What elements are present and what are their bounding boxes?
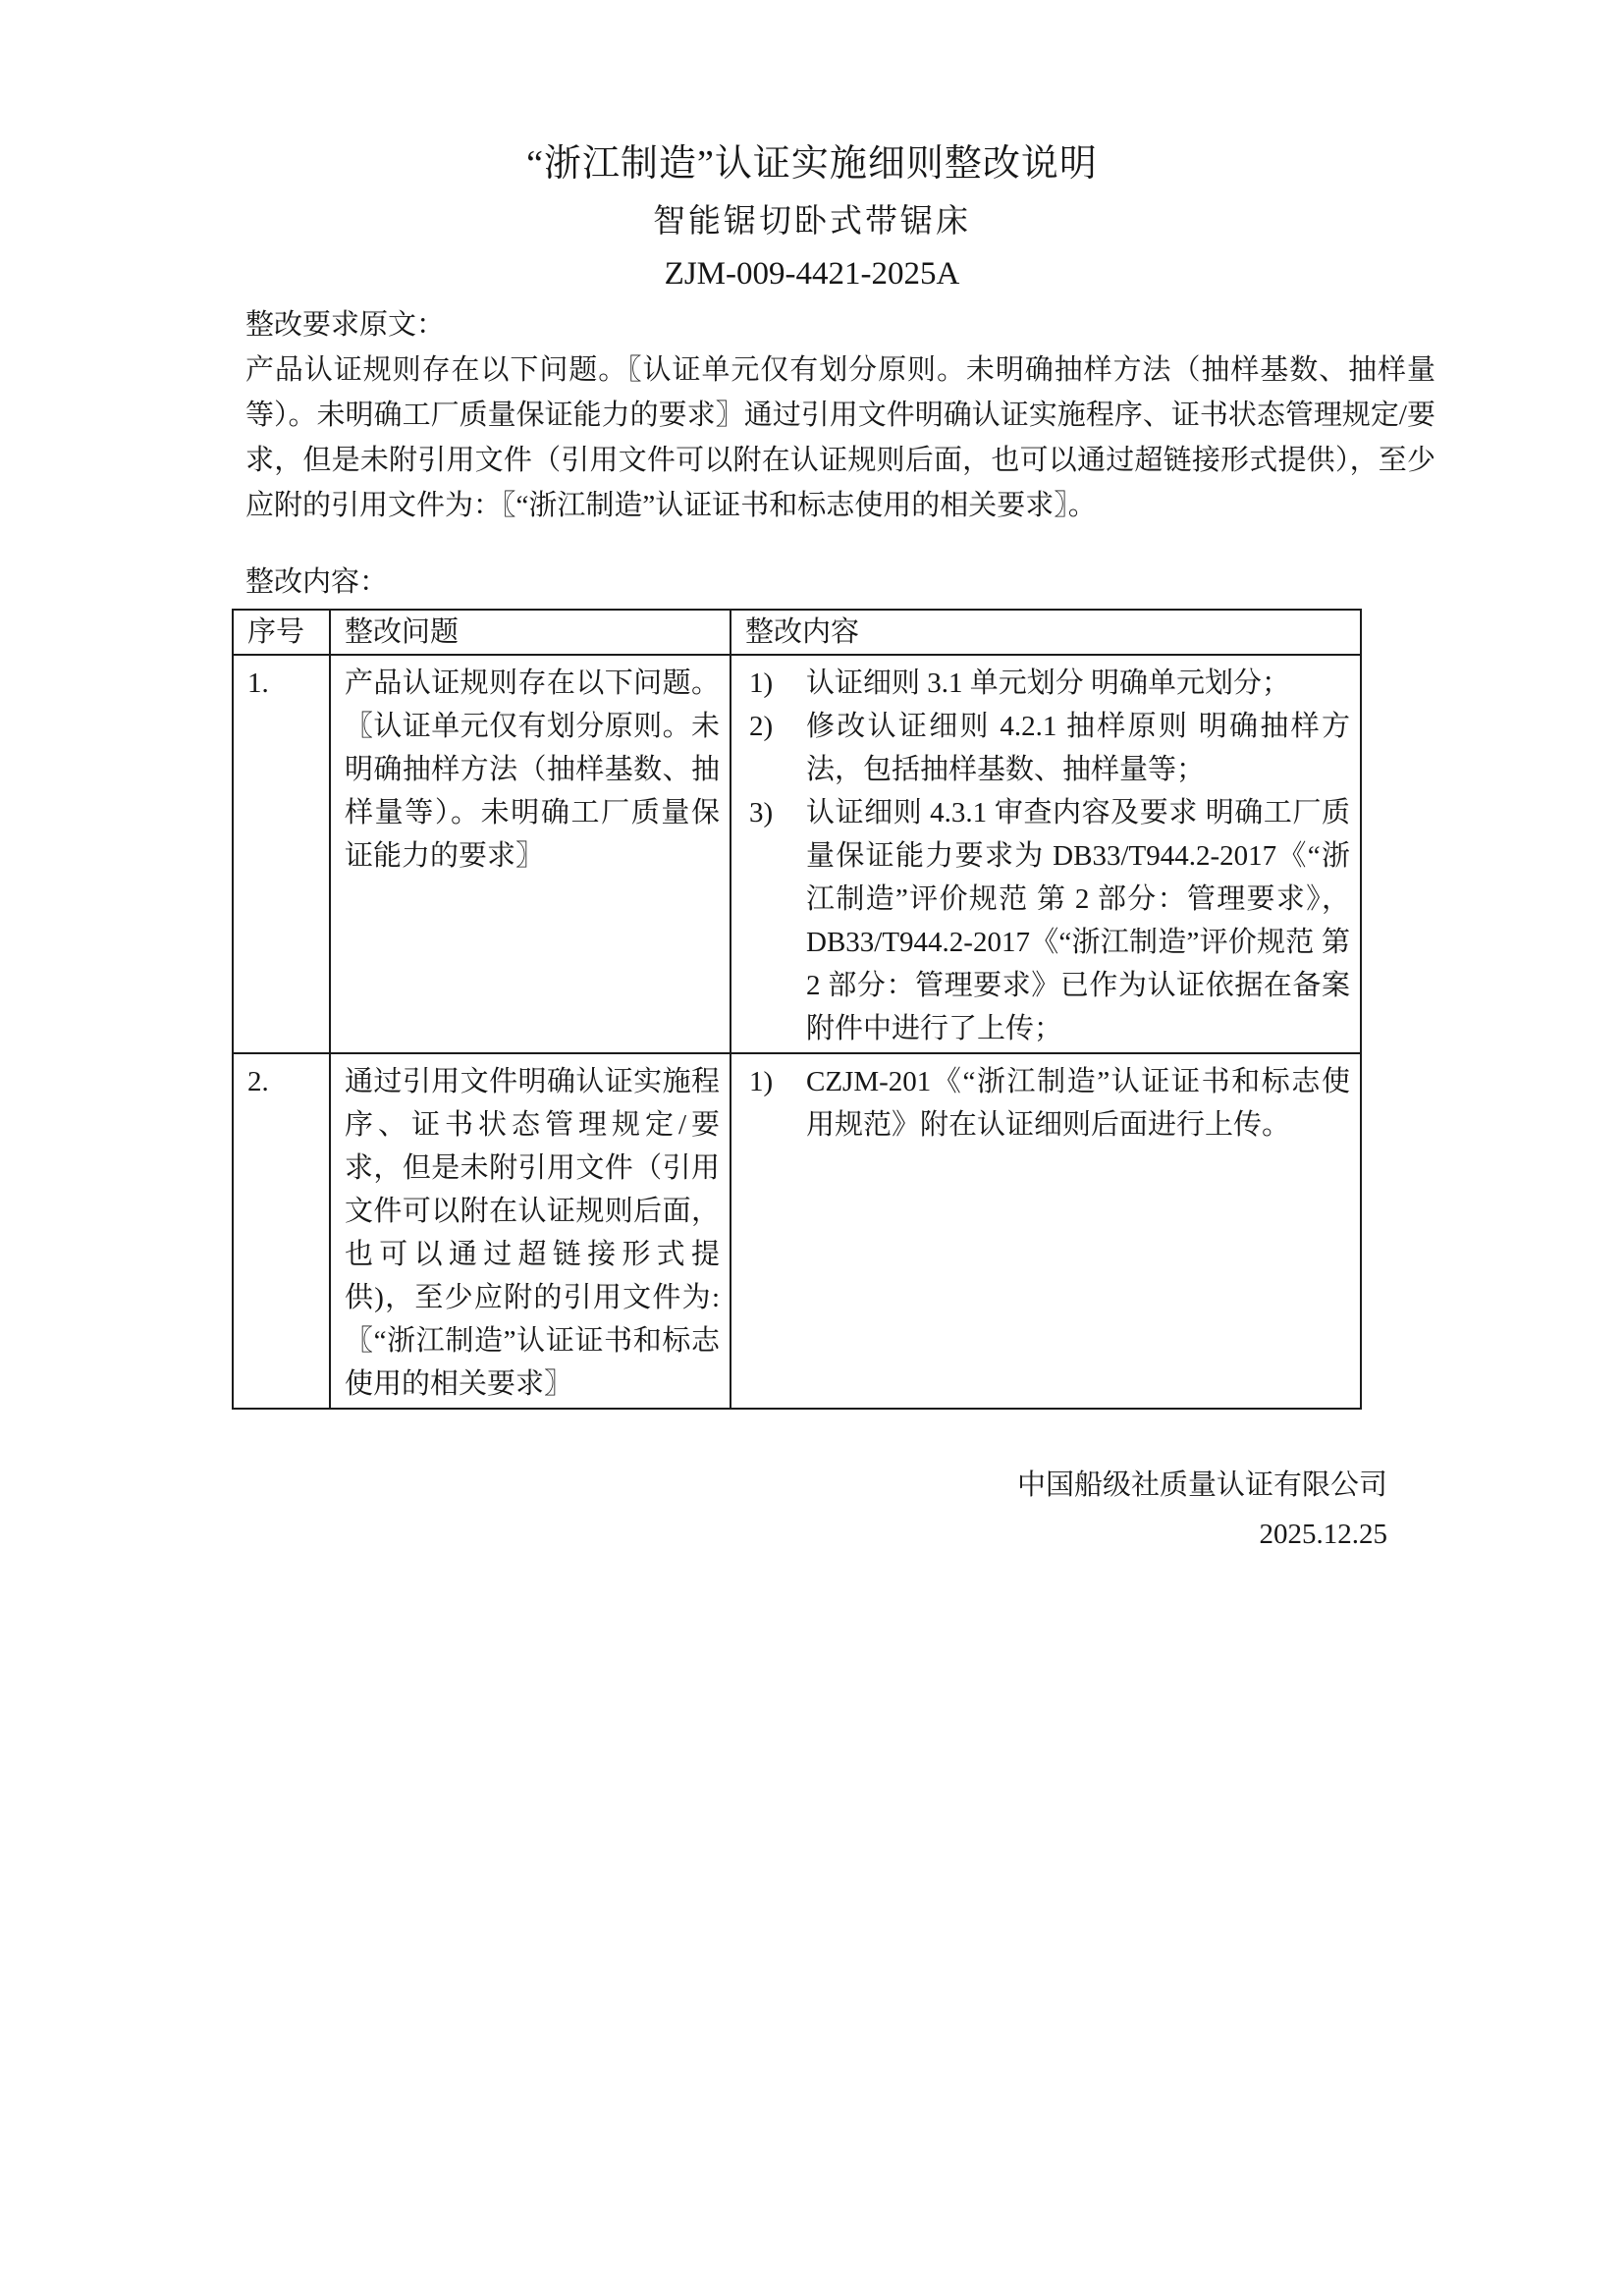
- actions-list: CZJM-201《“浙江制造”认证证书和标志使用规范》附在认证细则后面进行上传。: [745, 1060, 1350, 1147]
- problem-cell: 通过引用文件明确认证实施程序、证书状态管理规定/要求，但是未附引用文件（引用文件…: [330, 1053, 731, 1409]
- document-body: 整改要求原文： 产品认证规则存在以下问题。〖认证单元仅有划分原则。未明确抽样方法…: [245, 302, 1435, 1410]
- doc-title: “浙江制造”认证实施细则整改说明: [0, 0, 1624, 188]
- table-row: 1. 产品认证规则存在以下问题。〖认证单元仅有划分原则。未明确抽样方法（抽样基数…: [233, 655, 1361, 1053]
- actions-list: 认证细则 3.1 单元划分 明确单元划分；修改认证细则 4.2.1 抽样原则 明…: [745, 662, 1350, 1050]
- actions-cell: CZJM-201《“浙江制造”认证证书和标志使用规范》附在认证细则后面进行上传。: [731, 1053, 1361, 1409]
- document-page: “浙江制造”认证实施细则整改说明 智能锯切卧式带锯床 ZJM-009-4421-…: [0, 0, 1624, 2296]
- actions-cell: 认证细则 3.1 单元划分 明确单元划分；修改认证细则 4.2.1 抽样原则 明…: [731, 655, 1361, 1053]
- action-item: 修改认证细则 4.2.1 抽样原则 明确抽样方法，包括抽样基数、抽样量等；: [745, 705, 1350, 791]
- problem-cell: 产品认证规则存在以下问题。〖认证单元仅有划分原则。未明确抽样方法（抽样基数、抽样…: [330, 655, 731, 1053]
- table-row: 2. 通过引用文件明确认证实施程序、证书状态管理规定/要求，但是未附引用文件（引…: [233, 1053, 1361, 1409]
- header-cell-no: 序号: [233, 610, 330, 655]
- action-item: CZJM-201《“浙江制造”认证证书和标志使用规范》附在认证细则后面进行上传。: [745, 1060, 1350, 1147]
- header-row: 序号 整改问题 整改内容: [233, 610, 1361, 655]
- original-requirement-text: 产品认证规则存在以下问题。〖认证单元仅有划分原则。未明确抽样方法（抽样基数、抽样…: [245, 347, 1435, 528]
- rectification-table: 序号 整改问题 整改内容 1. 产品认证规则存在以下问题。〖认证单元仅有划分原则…: [232, 609, 1362, 1410]
- row-number-cell: 2.: [233, 1053, 330, 1409]
- doc-subtitle: 智能锯切卧式带锯床: [0, 200, 1624, 243]
- header-cell-problem: 整改问题: [330, 610, 731, 655]
- signature-date: 2025.12.25: [0, 1510, 1387, 1559]
- row-number-cell: 1.: [233, 655, 330, 1053]
- rectification-heading: 整改内容：: [245, 560, 1435, 605]
- action-item: 认证细则 3.1 单元划分 明确单元划分；: [745, 662, 1350, 705]
- original-requirement-heading: 整改要求原文：: [245, 302, 1435, 347]
- header-cell-content: 整改内容: [731, 610, 1361, 655]
- rectification-table-header: 序号 整改问题 整改内容: [233, 610, 1361, 655]
- signature-block: 中国船级社质量认证有限公司 2025.12.25: [0, 1461, 1624, 1559]
- doc-code: ZJM-009-4421-2025A: [0, 253, 1624, 294]
- signature-company: 中国船级社质量认证有限公司: [0, 1461, 1387, 1510]
- rectification-table-body: 1. 产品认证规则存在以下问题。〖认证单元仅有划分原则。未明确抽样方法（抽样基数…: [233, 655, 1361, 1409]
- action-item: 认证细则 4.3.1 审查内容及要求 明确工厂质量保证能力要求为 DB33/T9…: [745, 791, 1350, 1050]
